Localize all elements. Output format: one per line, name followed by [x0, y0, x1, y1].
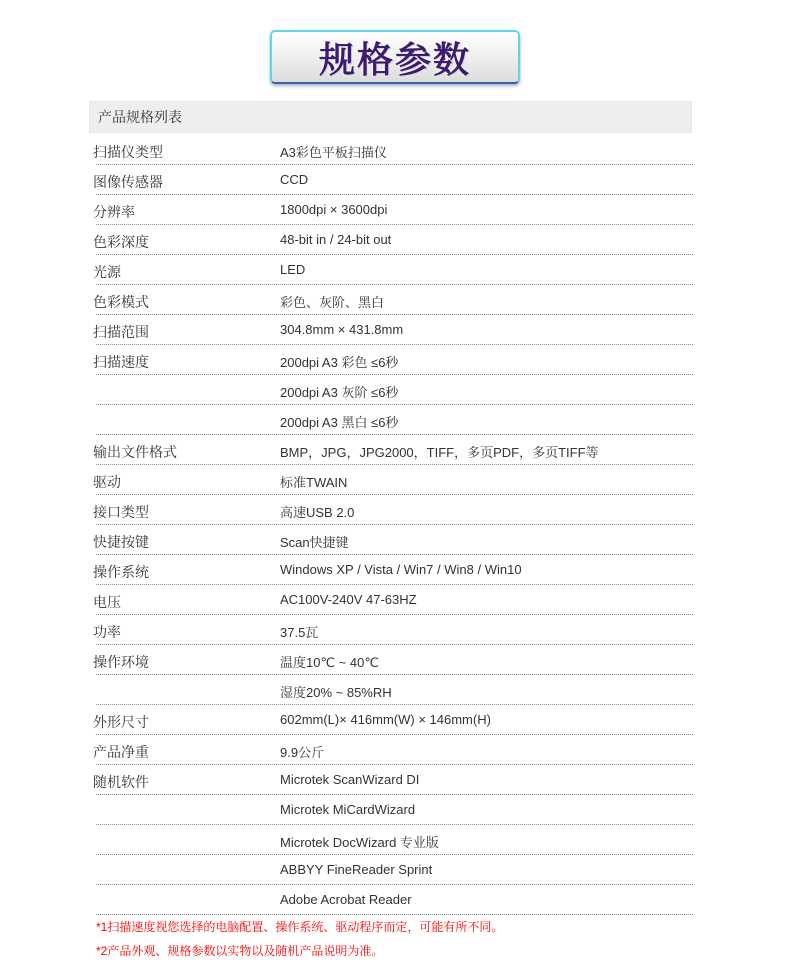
row-label: 电压 [93, 592, 121, 612]
row-label: 光源 [93, 262, 121, 282]
table-row: 图像传感器CCD [89, 165, 693, 195]
table-row: 200dpi A3 灰阶 ≤6秒 [89, 375, 693, 405]
row-value: 37.5瓦 [280, 622, 318, 641]
table-row: Microtek MiCardWizard [89, 795, 693, 825]
spec-table-header: 产品规格列表 [89, 101, 692, 133]
spec-table: 扫描仪类型A3彩色平板扫描仪 图像传感器CCD 分辨率1800dpi × 360… [89, 135, 693, 915]
row-label: 产品净重 [93, 742, 149, 762]
row-value: LED [280, 262, 305, 277]
table-row: 驱动标准TWAIN [89, 465, 693, 495]
row-label: 接口类型 [93, 502, 149, 522]
row-label: 分辨率 [93, 202, 135, 222]
row-value: Scan快捷键 [280, 532, 349, 551]
table-row: 湿度20% ~ 85%RH [89, 675, 693, 705]
row-value: Windows XP / Vista / Win7 / Win8 / Win10 [280, 562, 522, 577]
row-value: A3彩色平板扫描仪 [280, 142, 387, 161]
table-row: ABBYY FineReader Sprint [89, 855, 693, 885]
table-row: 产品净重9.9公斤 [89, 735, 693, 765]
row-label: 色彩模式 [93, 292, 149, 312]
row-value: Microtek DocWizard 专业版 [280, 832, 439, 851]
row-label: 外形尺寸 [93, 712, 149, 732]
row-value: 湿度20% ~ 85%RH [280, 682, 392, 701]
table-row: 电压AC100V-240V 47-63HZ [89, 585, 693, 615]
title-banner: 规格参数 [270, 30, 520, 84]
row-value: 200dpi A3 彩色 ≤6秒 [280, 352, 398, 371]
row-value: 304.8mm × 431.8mm [280, 322, 403, 337]
row-label: 色彩深度 [93, 232, 149, 252]
row-value: 1800dpi × 3600dpi [280, 202, 387, 217]
row-label: 操作环境 [93, 652, 149, 672]
table-row: 200dpi A3 黑白 ≤6秒 [89, 405, 693, 435]
table-row: 接口类型高速USB 2.0 [89, 495, 693, 525]
row-label: 图像传感器 [93, 172, 163, 192]
table-row: 色彩深度48-bit in / 24-bit out [89, 225, 693, 255]
row-value: 48-bit in / 24-bit out [280, 232, 391, 247]
row-value: AC100V-240V 47-63HZ [280, 592, 417, 607]
table-row: 色彩模式彩色、灰阶、黑白 [89, 285, 693, 315]
table-row: 输出文件格式BMP，JPG，JPG2000，TIFF，多页PDF，多页TIFF等 [89, 435, 693, 465]
row-value: 温度10℃ ~ 40℃ [280, 652, 379, 671]
row-label: 功率 [93, 622, 121, 642]
table-row: 快捷按键Scan快捷键 [89, 525, 693, 555]
table-row: 扫描范围304.8mm × 431.8mm [89, 315, 693, 345]
row-label: 驱动 [93, 472, 121, 492]
table-row: Microtek DocWizard 专业版 [89, 825, 693, 855]
table-row: 功率37.5瓦 [89, 615, 693, 645]
row-value: 602mm(L)× 416mm(W) × 146mm(H) [280, 712, 491, 727]
table-row: 扫描仪类型A3彩色平板扫描仪 [89, 135, 693, 165]
row-value: ABBYY FineReader Sprint [280, 862, 432, 877]
row-value: CCD [280, 172, 308, 187]
table-row: 操作系统Windows XP / Vista / Win7 / Win8 / W… [89, 555, 693, 585]
row-value: Adobe Acrobat Reader [280, 892, 412, 907]
row-label: 随机软件 [93, 772, 149, 792]
row-label: 输出文件格式 [93, 442, 177, 462]
row-value: 200dpi A3 灰阶 ≤6秒 [280, 382, 398, 401]
page-title: 规格参数 [319, 32, 471, 83]
row-value: 彩色、灰阶、黑白 [280, 292, 384, 311]
table-row: Adobe Acrobat Reader [89, 885, 693, 915]
row-label: 操作系统 [93, 562, 149, 582]
footnotes: *1扫描速度视您选择的电脑配置、操作系统、驱动程序而定，可能有所不同。 *2产品… [96, 915, 503, 963]
row-label: 快捷按键 [93, 532, 149, 552]
row-label: 扫描仪类型 [93, 142, 163, 162]
table-row: 操作环境温度10℃ ~ 40℃ [89, 645, 693, 675]
row-label: 扫描范围 [93, 322, 149, 342]
row-value: 高速USB 2.0 [280, 502, 354, 521]
table-row: 光源LED [89, 255, 693, 285]
row-value: 200dpi A3 黑白 ≤6秒 [280, 412, 398, 431]
row-value: 9.9公斤 [280, 742, 324, 761]
row-value: Microtek MiCardWizard [280, 802, 415, 817]
footnote-appearance: *2产品外观、规格参数以实物以及随机产品说明为准。 [96, 939, 503, 963]
row-label: 扫描速度 [93, 352, 149, 372]
row-value: 标准TWAIN [280, 472, 347, 491]
table-row: 外形尺寸602mm(L)× 416mm(W) × 146mm(H) [89, 705, 693, 735]
row-value: BMP，JPG，JPG2000，TIFF，多页PDF，多页TIFF等 [280, 442, 599, 461]
table-row: 扫描速度200dpi A3 彩色 ≤6秒 [89, 345, 693, 375]
table-row: 随机软件Microtek ScanWizard DI [89, 765, 693, 795]
row-value: Microtek ScanWizard DI [280, 772, 419, 787]
footnote-scan-speed: *1扫描速度视您选择的电脑配置、操作系统、驱动程序而定，可能有所不同。 [96, 915, 503, 939]
table-row: 分辨率1800dpi × 3600dpi [89, 195, 693, 225]
